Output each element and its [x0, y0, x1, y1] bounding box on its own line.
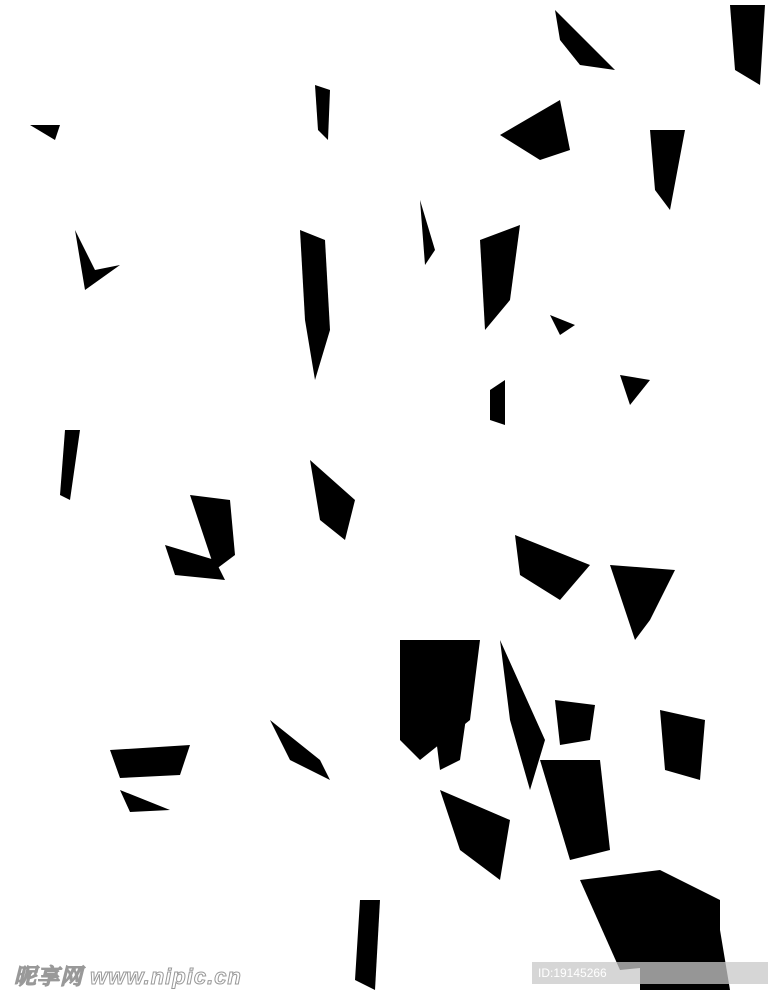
id-watermark: ID:19145266 NO:20190506192133240000 — [532, 962, 768, 984]
site-watermark: 昵享网 www.nipic.cn — [14, 960, 242, 991]
grunge-texture — [0, 0, 768, 993]
